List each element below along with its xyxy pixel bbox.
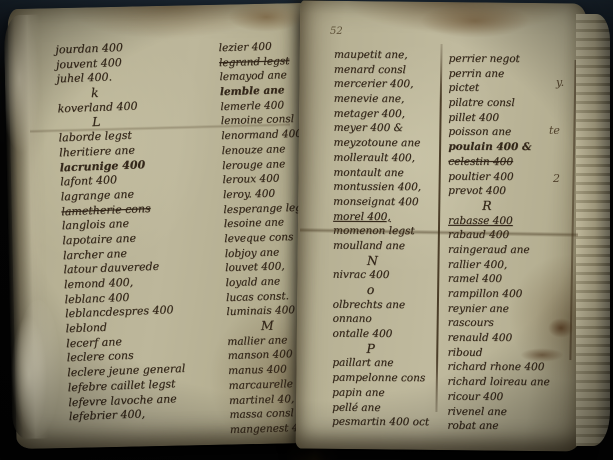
- manuscript-entry: mercerier 400,: [334, 77, 438, 92]
- ink-stain: [520, 348, 564, 362]
- manuscript-entry: ontalle 400: [332, 327, 436, 342]
- manuscript-photo: jourdan 400jouvent 400juhel 400.kkoverla…: [0, 0, 613, 460]
- ink-stain: [228, 2, 304, 32]
- ink-stain: [548, 318, 574, 338]
- manuscript-entry: meyzotoune ane: [333, 136, 437, 151]
- manuscript-entry: rampillon 400: [448, 287, 574, 302]
- manuscript-entry: moulland ane: [333, 239, 437, 254]
- manuscript-entry: celestin 400: [448, 155, 574, 170]
- underlying-pages-edge: [576, 14, 610, 446]
- manuscript-entry: ricour 400: [447, 390, 573, 405]
- manuscript-entry: olbrechts ane: [333, 297, 437, 312]
- manuscript-entry: richard rhone 400: [448, 360, 574, 375]
- manuscript-entry: monseignat 400: [333, 195, 437, 210]
- margin-ink-mark: y.: [556, 76, 564, 89]
- manuscript-entry: paillart ane: [332, 356, 436, 371]
- manuscript-entry: prevot 400: [448, 184, 574, 199]
- worn-paper-patch: [16, 300, 60, 436]
- manuscript-entry: perrier negot: [449, 52, 575, 67]
- manuscript-entry: mollerault 400,: [333, 151, 437, 166]
- manuscript-entry: rivenel ane: [447, 404, 573, 419]
- section-letter: N: [333, 253, 437, 268]
- manuscript-entry: montussien 400,: [333, 180, 437, 195]
- manuscript-entry: pesmartin 400 oct: [332, 415, 436, 430]
- manuscript-entry: rabasse 400: [448, 213, 574, 228]
- manuscript-entry: morel 400,: [333, 209, 437, 224]
- manuscript-entry: pampelonne cons: [332, 371, 436, 386]
- ink-stain: [420, 4, 530, 38]
- margin-ink-mark: te: [549, 124, 560, 137]
- manuscript-entry: pellé ane: [332, 400, 436, 415]
- manuscript-entry: poulain 400 &: [448, 140, 574, 155]
- manuscript-entry: reynier ane: [448, 301, 574, 316]
- manuscript-entry: montault ane: [333, 165, 437, 180]
- manuscript-entry: nivrac 400: [333, 268, 437, 283]
- section-letter: R: [448, 199, 574, 214]
- manuscript-entry: meyer 400 &: [334, 121, 438, 136]
- manuscript-entry: menard consl: [334, 62, 438, 77]
- manuscript-entry: menevie ane,: [334, 92, 438, 107]
- section-letter: P: [332, 341, 436, 356]
- manuscript-entry: papin ane: [332, 386, 436, 401]
- page-number-mark: 52: [330, 26, 343, 37]
- section-letter: o: [333, 283, 437, 298]
- name-column-4: perrier negotperrin anepictetpilatre con…: [447, 52, 574, 434]
- margin-ink-mark: 2: [553, 172, 560, 185]
- manuscript-entry: rallier 400,: [448, 257, 574, 272]
- manuscript-entry: onnano: [333, 312, 437, 327]
- manuscript-entry: robat ane: [447, 419, 573, 434]
- manuscript-entry: metager 400,: [334, 106, 438, 121]
- manuscript-entry: raingeraud ane: [448, 243, 574, 258]
- manuscript-entry: pilatre consl: [448, 96, 574, 111]
- manuscript-entry: maupetit ane,: [334, 48, 438, 63]
- name-column-1: jourdan 400jouvent 400juhel 400.kkoverla…: [55, 38, 229, 425]
- manuscript-entry: ramel 400: [448, 272, 574, 287]
- manuscript-entry: richard loireau ane: [447, 375, 573, 390]
- name-column-3: maupetit ane,menard conslmercerier 400,m…: [332, 48, 438, 430]
